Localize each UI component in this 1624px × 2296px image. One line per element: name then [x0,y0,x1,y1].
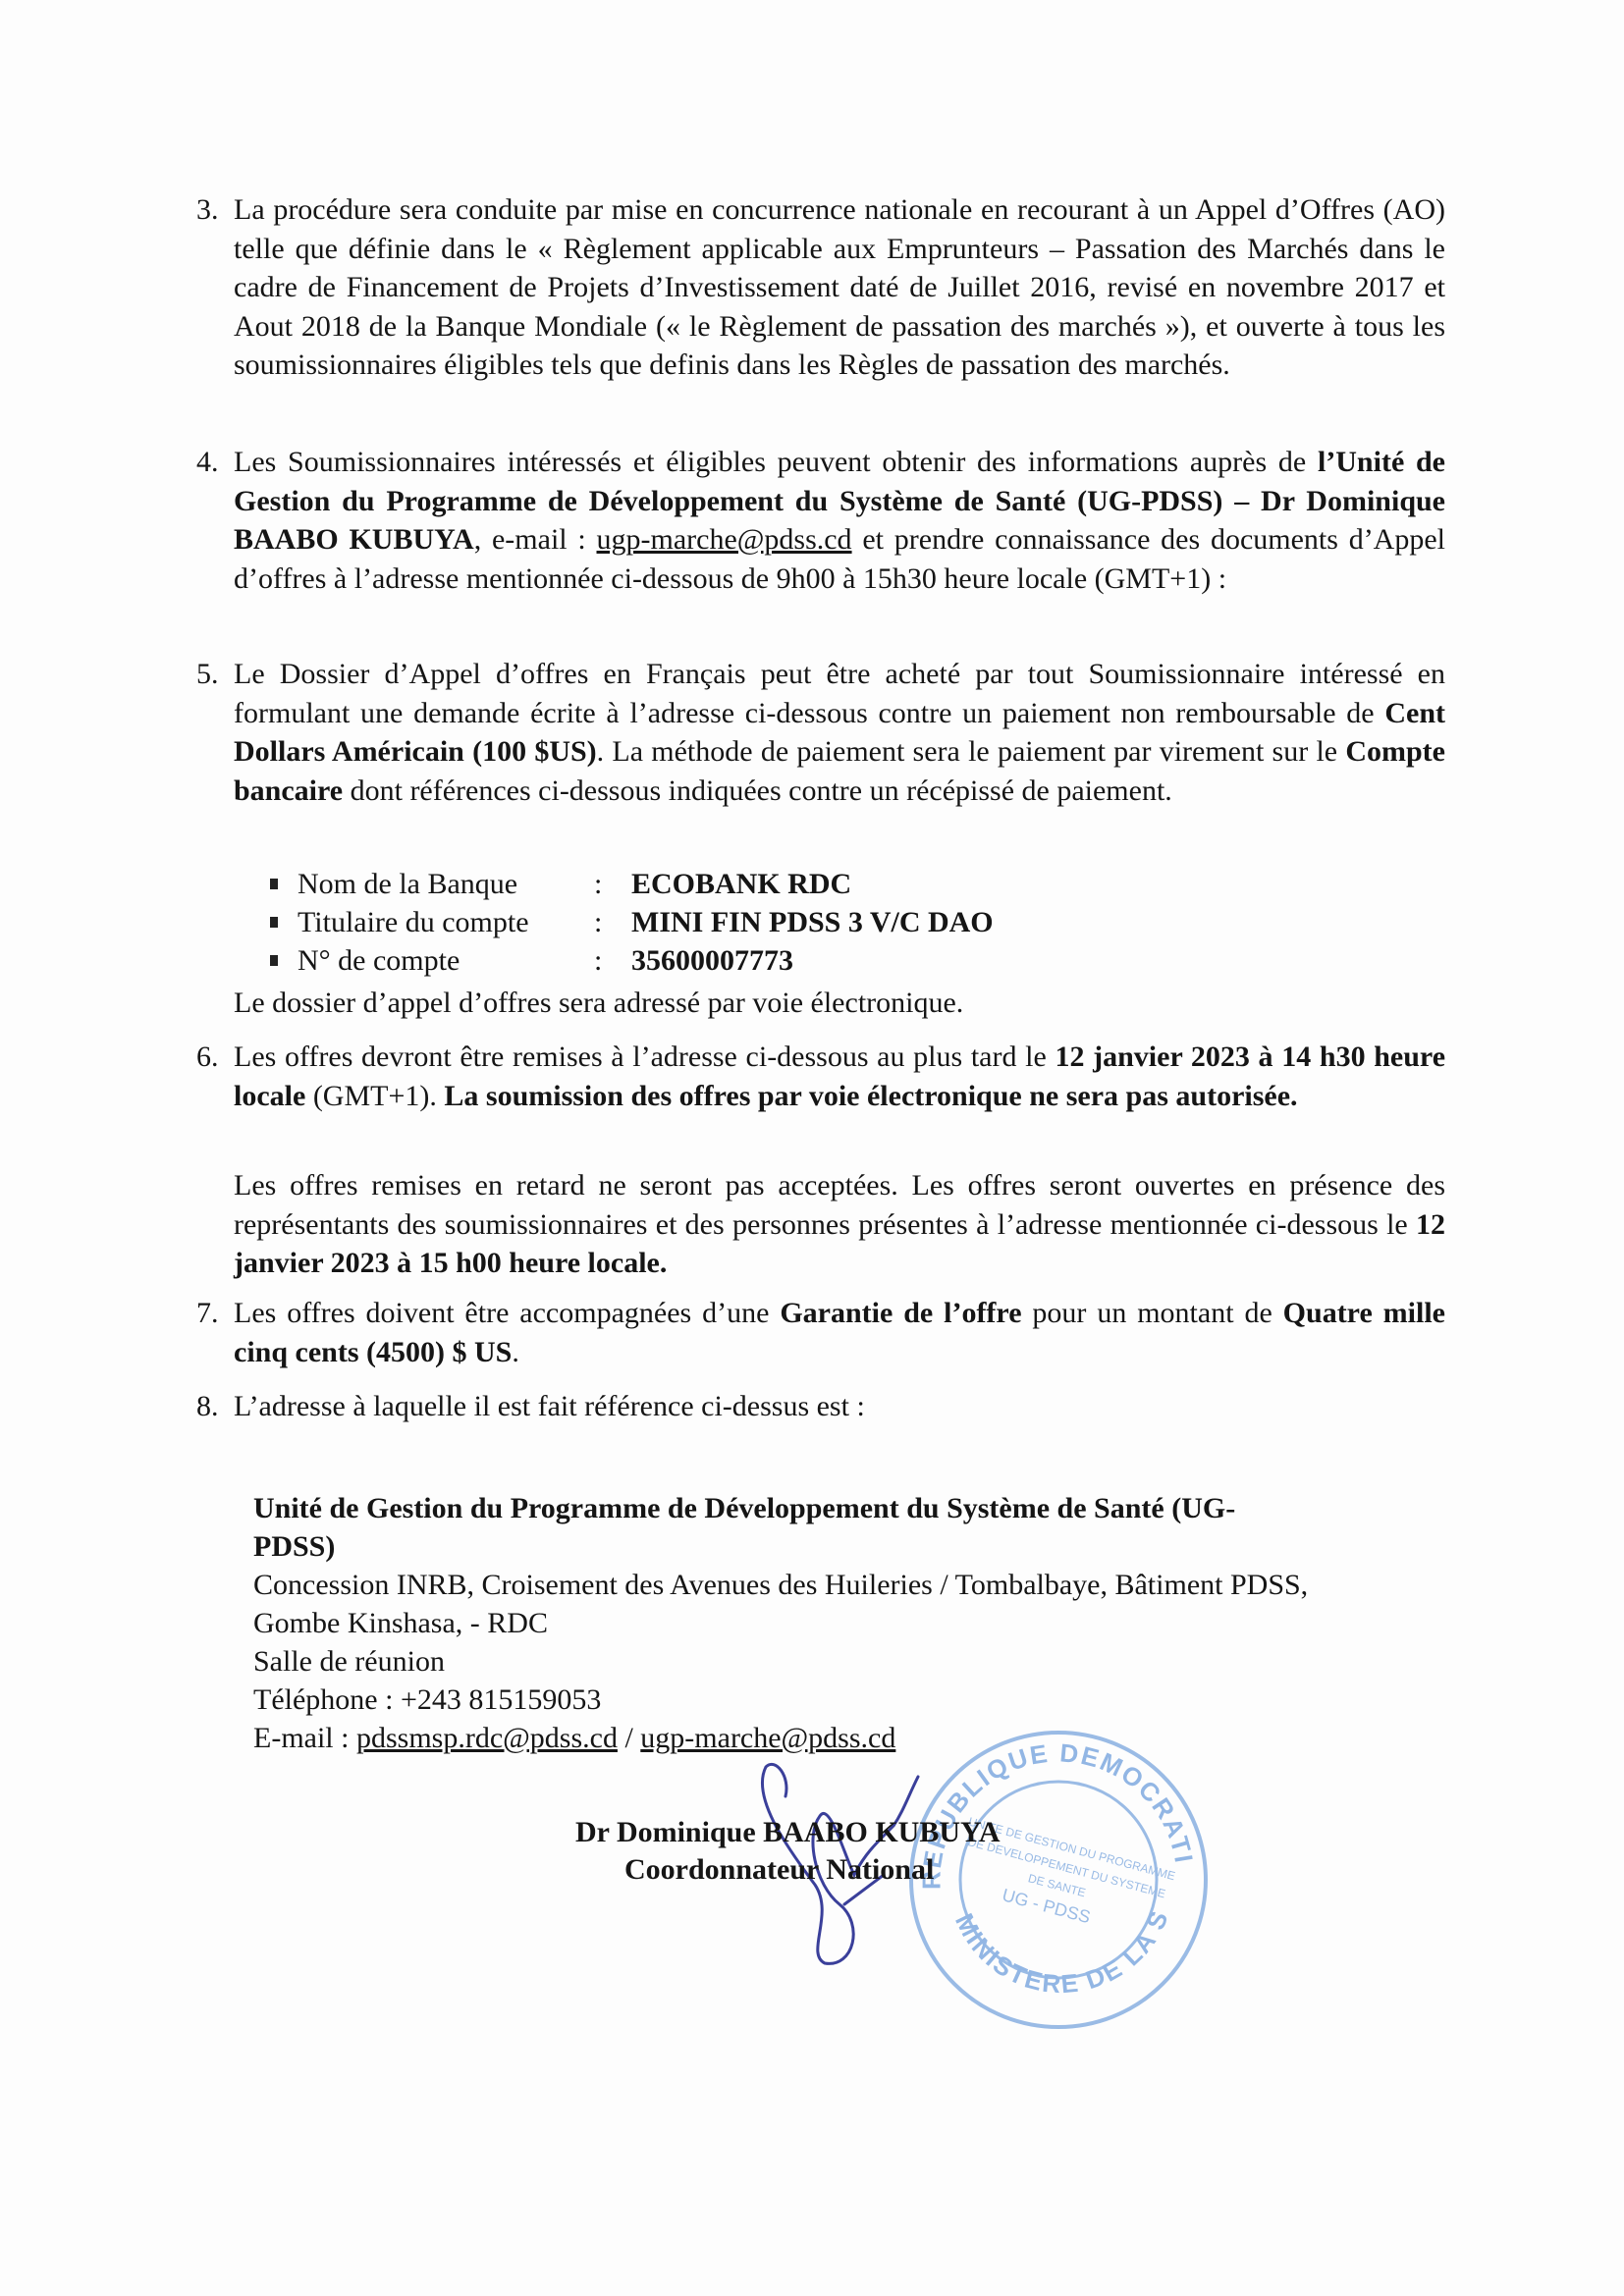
bullet-icon [270,917,278,928]
email-label: E-mail : [253,1722,356,1754]
list-item-7: 7. Les offres doivent être accompagnées … [196,1294,1445,1371]
electronic-submission-note: La soumission des offres par voie électr… [444,1080,1297,1112]
list-item-3: 3. La procédure sera conduite par mise e… [196,190,1445,385]
org-name-cont: PDSS) [253,1530,335,1563]
signatory-title: Coordonnateur National [624,1851,934,1889]
item-text: pour un montant de [1022,1297,1283,1329]
list-item-4: 4. Les Soumissionnaires intéressés et él… [196,443,1445,598]
phone: Téléphone : +243 815159053 [253,1681,1451,1719]
bank-label: N° de compte [298,941,594,980]
bank-row: N° de compte : 35600007773 [270,941,994,980]
item-text: Les offres remises en retard ne seront p… [234,1169,1445,1241]
list-item-6: 6. Les offres devront être remises à l’a… [196,1038,1445,1115]
bank-row: Nom de la Banque : ECOBANK RDC [270,865,994,903]
email-line: E-mail : pdssmsp.rdc@pdss.cd / ugp-march… [253,1719,1451,1757]
bank-row: Titulaire du compte : MINI FIN PDSS 3 V/… [270,903,994,941]
item-number: 7. [196,1294,232,1333]
room: Salle de réunion [253,1642,1451,1681]
delivery-note: Le dossier d’appel d’offres sera adressé… [234,984,1445,1023]
item-text: L’adresse à laquelle il est fait référen… [234,1387,1445,1426]
signatory-name: Dr Dominique BAABO KUBUYA [575,1814,1001,1851]
city: Gombe Kinshasa, - RDC [253,1604,1451,1642]
separator: / [618,1722,640,1754]
list-item-5: 5. Le Dossier d’Appel d’offres en França… [196,655,1445,810]
street: Concession INRB, Croisement des Avenues … [253,1566,1451,1604]
bank-value: 35600007773 [631,941,793,980]
item-text: Les Soumissionnaires intéressés et éligi… [234,446,1318,478]
list-item-8: 8. L’adresse à laquelle il est fait réfé… [196,1387,1445,1426]
item-text: . La méthode de paiement sera le paiemen… [597,735,1346,768]
official-stamp-icon: REPUBLIQUE DEMOCRATIQUE DU CONGO MINISTE… [901,1723,1216,2037]
item-text: (GMT+1). [305,1080,444,1112]
item-number: 6. [196,1038,232,1077]
separator: : [594,865,631,903]
item-number: 8. [196,1387,232,1426]
bank-value: ECOBANK RDC [631,865,851,903]
bid-guarantee: Garantie de l’offre [780,1297,1021,1329]
document-page: 3. La procédure sera conduite par mise e… [0,0,1624,2296]
item-text: Les offres devront être remises à l’adre… [234,1041,1055,1073]
org-name: Unité de Gestion du Programme de Dévelop… [253,1492,1235,1524]
bank-label: Titulaire du compte [298,903,594,941]
bank-details: Nom de la Banque : ECOBANK RDC Titulaire… [270,865,994,980]
item-text: dont références ci-dessous indiquées con… [343,774,1172,807]
separator: : [594,941,631,980]
email-link[interactable]: pdssmsp.rdc@pdss.cd [356,1722,618,1754]
item-text: Le Dossier d’Appel d’offres en Français … [234,658,1445,729]
bullet-icon [270,955,278,966]
separator: : [594,903,631,941]
item-text: . [512,1336,519,1368]
bullet-icon [270,879,278,889]
item-number: 5. [196,655,232,694]
email-link[interactable]: ugp-marche@pdss.cd [640,1722,895,1754]
item-number: 4. [196,443,232,482]
item-text: , e-mail : [474,523,597,556]
bank-label: Nom de la Banque [298,865,594,903]
bank-value: MINI FIN PDSS 3 V/C DAO [631,903,994,941]
item-number: 3. [196,190,232,230]
item-text: La procédure sera conduite par mise en c… [234,190,1445,385]
email-link[interactable]: ugp-marche@pdss.cd [597,523,852,556]
address-block: Unité de Gestion du Programme de Dévelop… [253,1489,1451,1757]
item-text: Les offres doivent être accompagnées d’u… [234,1297,780,1329]
opening-paragraph: Les offres remises en retard ne seront p… [234,1166,1445,1283]
